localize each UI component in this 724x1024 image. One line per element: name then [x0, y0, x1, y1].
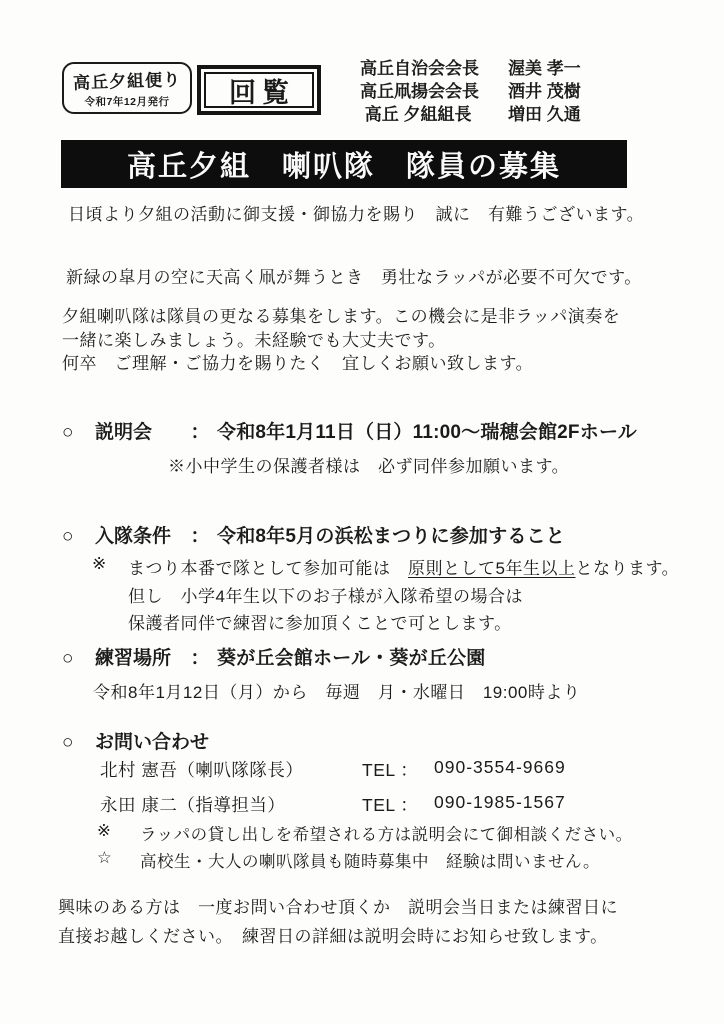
scanned-flyer-page: 高丘夕組便り 令和7年12月発行 回覧 高丘自治会会長 渥美 孝一 高丘凧揚会会… — [0, 0, 724, 1024]
official-row: 高丘凧揚会会長 酒井 茂樹 — [360, 80, 581, 103]
official-name: 増田 久通 — [508, 103, 581, 126]
officials-list: 高丘自治会会長 渥美 孝一 高丘凧揚会会長 酒井 茂樹 高丘 夕組組長 増田 久… — [360, 57, 581, 126]
contact-note-text: ラッパの貸し出しを希望される方は説明会にて御相談ください。 — [140, 821, 633, 845]
official-row: 高丘自治会会長 渥美 孝一 — [360, 57, 581, 80]
contact-tel-number: 090-1985-1567 — [434, 792, 566, 817]
reference-mark-icon: ※ — [92, 554, 128, 579]
section-value: 令和8年1月11日（日）11:00～瑞穂会館2Fホール — [217, 417, 637, 444]
section-briefing-heading: ○ 説明会 ： 令和8年1月11日（日）11:00～瑞穂会館2Fホール — [62, 417, 637, 444]
contact-tel-label: TEL ： — [362, 792, 434, 817]
contact-tel-label: TEL ： — [362, 757, 434, 782]
contact-name: 永田 康二（指導担当） — [100, 792, 362, 817]
section-conditions-heading: ○ 入隊条件 ： 令和8年5月の浜松まつりに参加すること — [62, 521, 565, 548]
section-label: 説明会 — [95, 417, 183, 444]
greeting-paragraph: 日頃より夕組の活動に御支援・御協力を賜り 誠に 有難うございます。 — [68, 203, 644, 227]
contact-note: ☆ 高校生・大人の喇叭隊員も随時募集中 経験は問いません。 — [97, 848, 600, 872]
section-label: 入隊条件 — [95, 521, 183, 548]
contact-note-text: 高校生・大人の喇叭隊員も随時募集中 経験は問いません。 — [140, 848, 600, 872]
section-practice-heading: ○ 練習場所 ： 葵が丘会館ホール・葵が丘公園 — [62, 643, 485, 670]
recruit-line: 夕組喇叭隊は隊員の更なる募集をします。この機会に是非ラッパ演奏を — [62, 305, 620, 329]
contact-tel-number: 090-3554-9669 — [434, 757, 566, 782]
contact-entry: 永田 康二（指導担当） TEL ： 090-1985-1567 — [100, 792, 566, 817]
official-row: 高丘 夕組組長 増田 久通 — [360, 103, 581, 126]
section-separator: ： — [183, 417, 217, 444]
closing-line: 興味のある方は 一度お問い合わせ頂くか 説明会当日または練習日に — [58, 893, 618, 922]
reference-mark-icon: ※ — [97, 821, 140, 845]
conditions-note-text: まつり本番で隊として参加可能は 原則として5年生以上となります。 — [128, 554, 679, 579]
conditions-note-line3: 保護者同伴で練習に参加頂くことで可とします。 — [128, 609, 512, 634]
section-separator: ： — [183, 643, 217, 670]
newsletter-stamp-date: 令和7年12月発行 — [84, 94, 169, 109]
official-title: 高丘 夕組組長 — [360, 103, 508, 126]
contact-note: ※ ラッパの貸し出しを希望される方は説明会にて御相談ください。 — [97, 821, 633, 845]
conditions-note-line1: ※ まつり本番で隊として参加可能は 原則として5年生以上となります。 — [92, 554, 679, 579]
circle-bullet-icon: ○ — [62, 422, 95, 444]
official-name: 渥美 孝一 — [508, 57, 581, 80]
section-value: 葵が丘会館ホール・葵が丘公園 — [217, 643, 485, 670]
conditions-note-pre: まつり本番で隊として参加可能は — [128, 559, 408, 578]
section-value: 令和8年5月の浜松まつりに参加すること — [217, 521, 565, 548]
circulation-box-inner: 回覧 — [204, 72, 314, 108]
circulation-label: 回覧 — [223, 71, 295, 110]
circle-bullet-icon: ○ — [62, 732, 95, 754]
official-title: 高丘自治会会長 — [360, 57, 508, 80]
briefing-note: ※小中学生の保護者様は 必ず同伴参加願います。 — [168, 452, 569, 477]
closing-paragraph: 興味のある方は 一度お問い合わせ頂くか 説明会当日または練習日に 直接お越しくだ… — [58, 893, 618, 951]
circulation-box: 回覧 — [197, 65, 321, 115]
conditions-note-underlined: 原則として5年生以上 — [408, 559, 575, 578]
recruit-paragraph: 夕組喇叭隊は隊員の更なる募集をします。この機会に是非ラッパ演奏を 一緒に楽しみま… — [62, 305, 620, 376]
official-title: 高丘凧揚会会長 — [360, 80, 508, 103]
section-separator: ： — [183, 521, 217, 548]
star-mark-icon: ☆ — [97, 848, 140, 872]
circle-bullet-icon: ○ — [62, 648, 95, 670]
section-label: 練習場所 — [95, 643, 183, 670]
official-name: 酒井 茂樹 — [508, 80, 581, 103]
closing-line: 直接お越しください。 練習日の詳細は説明会時にお知らせ致します。 — [58, 922, 618, 951]
newsletter-stamp: 高丘夕組便り 令和7年12月発行 — [62, 62, 192, 114]
title-banner: 高丘夕組 喇叭隊 隊員の募集 — [61, 140, 627, 188]
intro-paragraph: 新緑の皐月の空に天高く凧が舞うとき 勇壮なラッパが必要不可欠です。 — [66, 266, 642, 290]
contact-name: 北村 憲吾（喇叭隊隊長） — [100, 757, 362, 782]
recruit-line: 一緒に楽しみましょう。未経験でも大丈夫です。 — [62, 329, 620, 353]
section-contact-heading: ○ お問い合わせ — [62, 727, 209, 754]
circle-bullet-icon: ○ — [62, 526, 95, 548]
section-label: お問い合わせ — [95, 727, 209, 754]
page-title: 高丘夕組 喇叭隊 隊員の募集 — [127, 144, 561, 185]
newsletter-stamp-title: 高丘夕組便り — [73, 65, 182, 94]
conditions-note-line2: 但し 小学4年生以下のお子様が入隊希望の場合は — [128, 582, 523, 607]
recruit-line: 何卒 ご理解・ご協力を賜りたく 宜しくお願い致します。 — [62, 352, 620, 376]
practice-schedule-note: 令和8年1月12日（月）から 毎週 月・水曜日 19:00時より — [93, 678, 580, 703]
contact-entry: 北村 憲吾（喇叭隊隊長） TEL ： 090-3554-9669 — [100, 757, 566, 782]
conditions-note-post: となります。 — [575, 559, 679, 578]
